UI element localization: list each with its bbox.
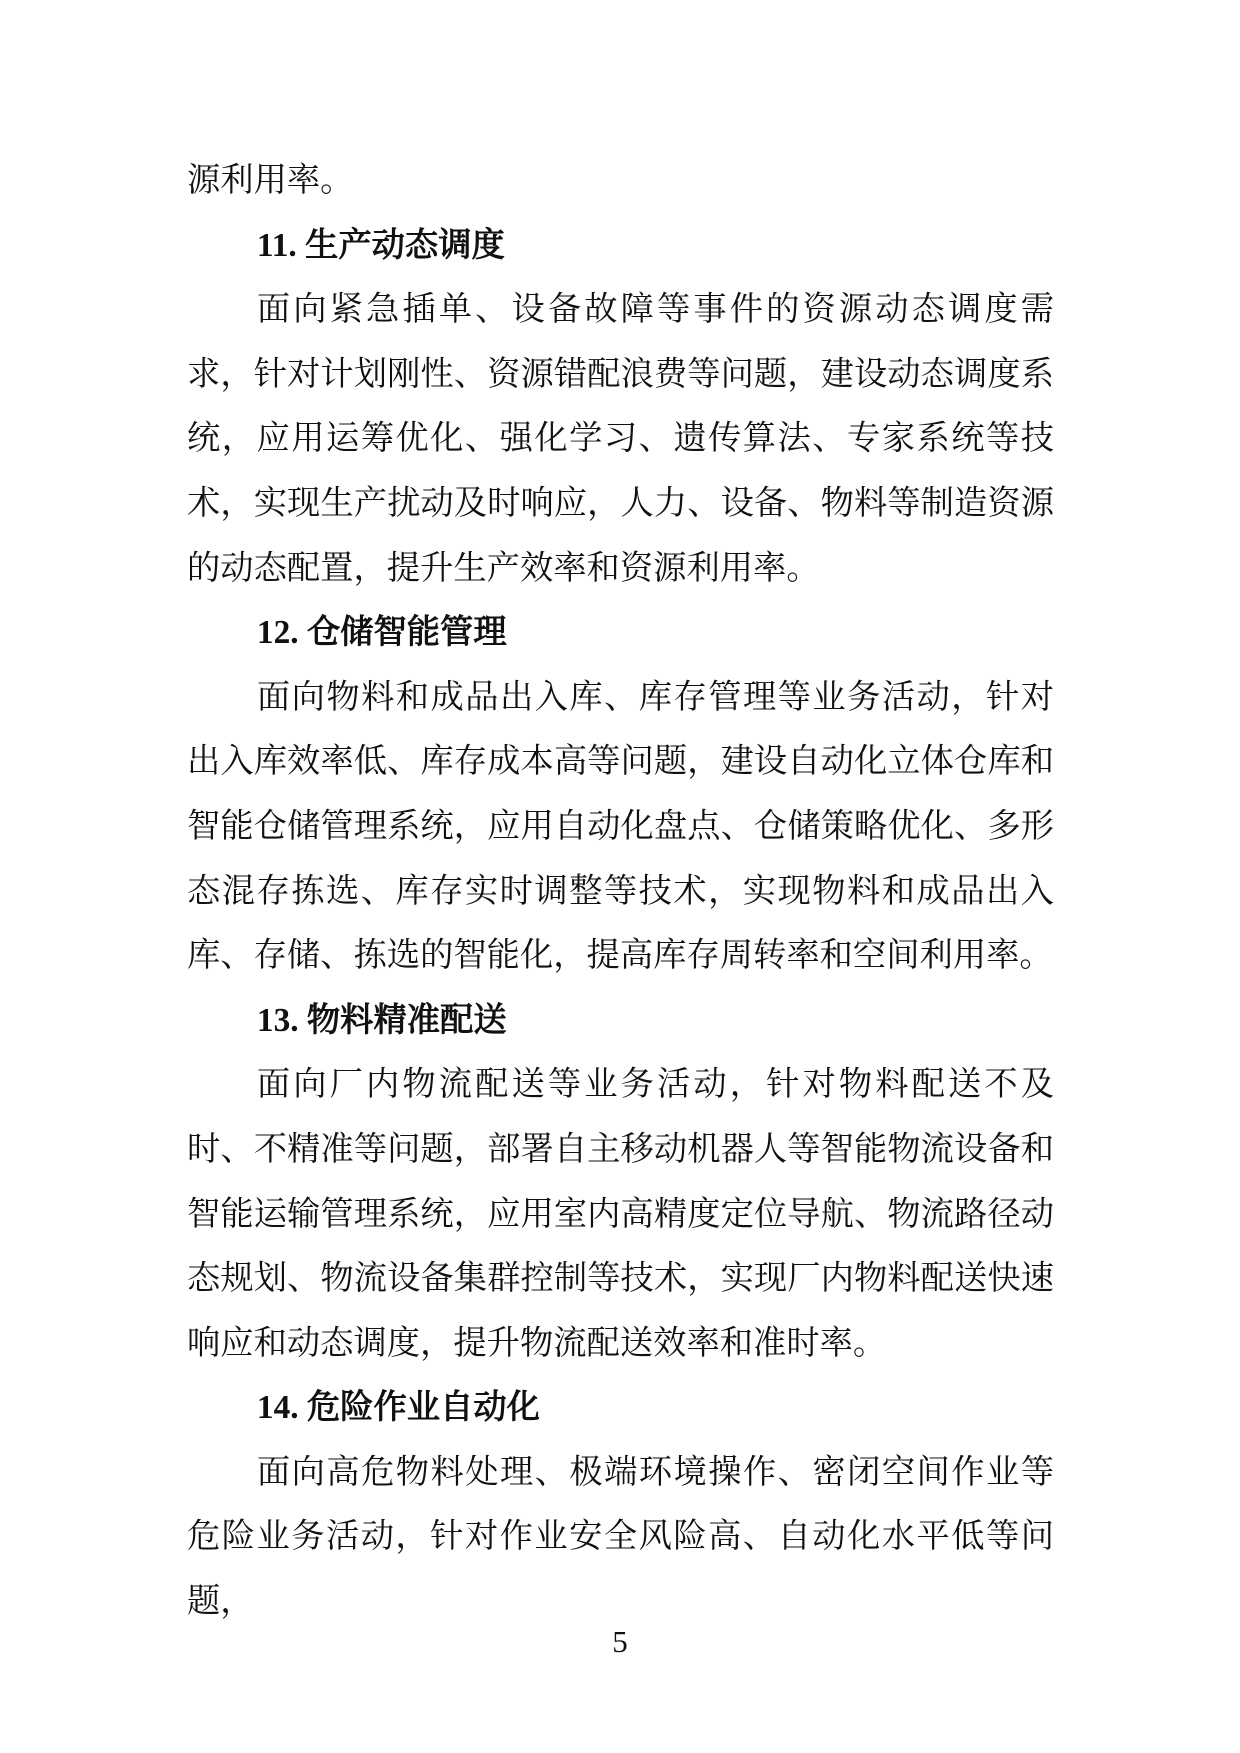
section-body-11: 面向紧急插单、设备故障等事件的资源动态调度需求，针对计划刚性、资源错配浪费等问题… (187, 278, 1054, 601)
section-body-13: 面向厂内物流配送等业务活动，针对物料配送不及时、不精准等问题，部署自主移动机器人… (187, 1053, 1054, 1376)
section-heading-13: 13. 物料精准配送 (187, 989, 1054, 1054)
paragraph-continuation: 源利用率。 (187, 149, 1054, 214)
section-heading-11: 11. 生产动态调度 (187, 214, 1054, 279)
section-heading-14: 14. 危险作业自动化 (187, 1376, 1054, 1441)
document-content: 源利用率。 11. 生产动态调度 面向紧急插单、设备故障等事件的资源动态调度需求… (187, 149, 1054, 1635)
page-number: 5 (0, 1622, 1240, 1662)
section-body-12: 面向物料和成品出入库、库存管理等业务活动，针对出入库效率低、库存成本高等问题，建… (187, 666, 1054, 989)
section-body-14: 面向高危物料处理、极端环境操作、密闭空间作业等危险业务活动，针对作业安全风险高、… (187, 1441, 1054, 1635)
section-heading-12: 12. 仓储智能管理 (187, 601, 1054, 666)
